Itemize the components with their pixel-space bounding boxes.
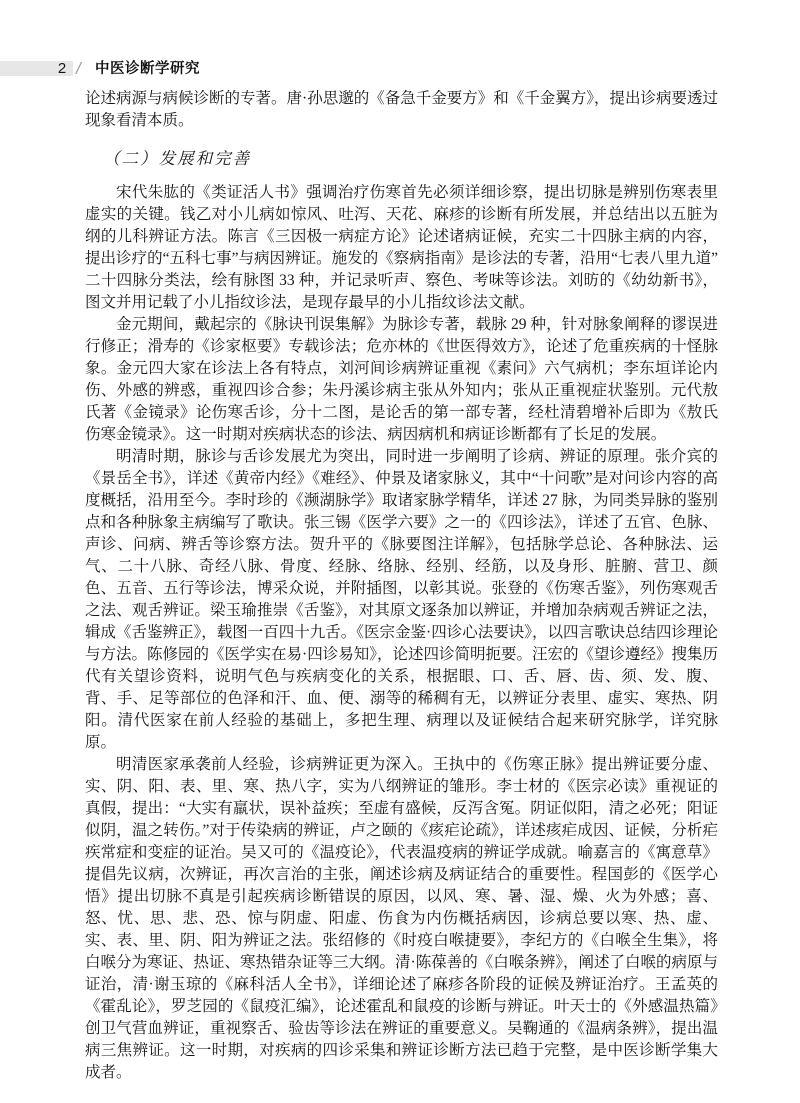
paragraph: 宋代朱肱的《类证活人书》强调治疗伤寒首先必须详细诊察，提出切脉是辨别伤寒表里虚实… xyxy=(85,182,718,314)
body-text: 论述病源与病候诊断的专著。唐·孙思邈的《备急千金要方》和《千金翼方》，提出诊病要… xyxy=(85,88,718,1084)
paragraph: 明清医家承袭前人经验，诊病辨证更为深入。王执中的《伤寒正脉》提出辨证要分虚、实、… xyxy=(85,754,718,1084)
paragraph: 金元期间，戴起宗的《脉诀刊误集解》为脉诊专著，载脉 29 种，针对脉象阐释的谬误… xyxy=(85,314,718,446)
section-heading: （二）发展和完善 xyxy=(85,148,718,170)
book-page: { "header": { "page_number": "2", "separ… xyxy=(0,0,800,1103)
page-header: 2 / 中医诊断学研究 xyxy=(0,58,800,80)
paragraph: 明清时期，脉诊与舌诊发展尤为突出，同时进一步阐明了诊病、辨证的原理。张介宾的《景… xyxy=(85,446,718,754)
slash-separator-icon: / xyxy=(76,57,81,80)
continuation-paragraph: 论述病源与病候诊断的专著。唐·孙思邈的《备急千金要方》和《千金翼方》，提出诊病要… xyxy=(85,88,718,132)
page-number: 2 xyxy=(52,58,72,79)
running-title: 中医诊断学研究 xyxy=(95,59,200,79)
